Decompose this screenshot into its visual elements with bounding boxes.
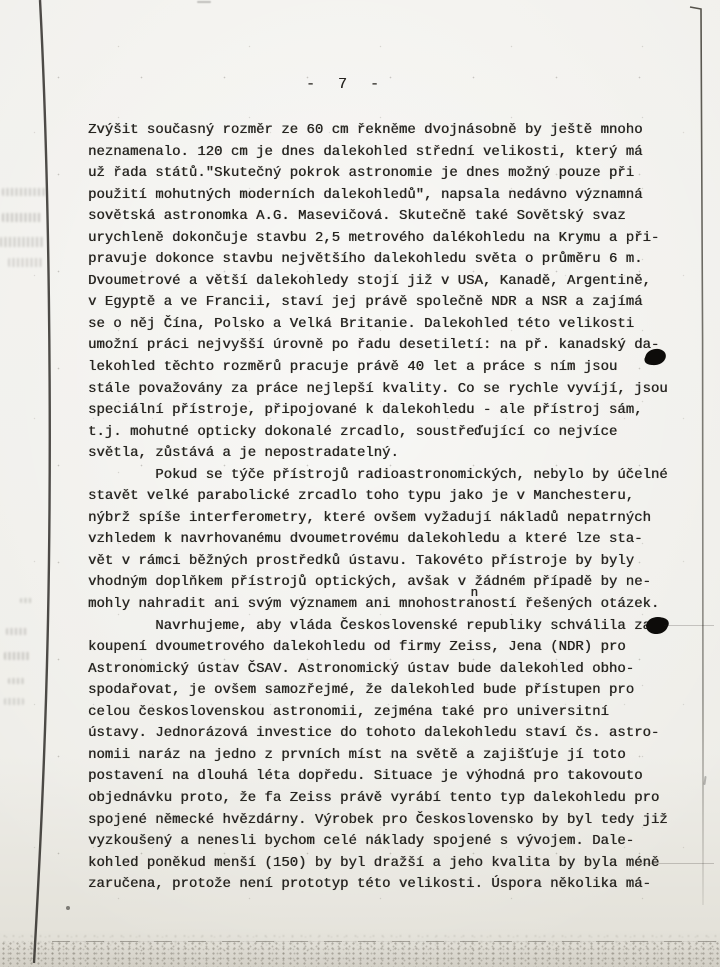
text-line: zaručena, protože není prototyp této vel… (88, 874, 668, 896)
bleed-through-mark (0, 237, 44, 247)
text-line: spojené německé hvězdárny. Výrobek pro Č… (88, 810, 668, 832)
ink-speck (703, 776, 706, 785)
text-line: nomii naráz na jedno z prvních míst na s… (88, 745, 668, 767)
text-line: mohly nahradit ani svým významem ani mno… (88, 594, 668, 616)
text-line: speciální přístroje, připojované k dalek… (88, 400, 668, 422)
text-line: světla, zůstává a je nepostradatelný. (88, 443, 668, 465)
scan-artifact-line (638, 863, 714, 864)
text-line: pravuje dokonce stavbu největšího daleko… (88, 249, 668, 271)
text-line: celou československou astronomii, zejmén… (88, 702, 668, 724)
text-line: Zvýšit současný rozměr ze 60 cm řekněme … (88, 120, 668, 142)
bleed-through-mark (4, 698, 24, 705)
text-line: vět v rámci běžných prostředků ústavu. T… (88, 551, 668, 573)
text-line: vzhledem k navrhovanému dvoumetrovému da… (88, 529, 668, 551)
text-segment: ností řešených otázek. (474, 596, 659, 612)
text-block: Zvýšit současný rozměr ze 60 cm řekněme … (88, 120, 668, 896)
bleed-through-mark (8, 258, 42, 267)
bleed-through-mark (6, 628, 28, 635)
text-line: už řada států."Skutečný pokrok astronomi… (88, 163, 668, 185)
text-line: Navrhujeme, aby vláda Československé rep… (88, 616, 668, 638)
text-line: spodařovat, je ovšem samozřejmé, že dale… (88, 680, 668, 702)
bleed-through-mark (20, 598, 32, 603)
left-fold-line (34, 0, 50, 963)
text-line: postavení na dlouhá léta dopředu. Situac… (88, 766, 668, 788)
text-line: nýbrž spíše interferometry, které ovšem … (88, 508, 668, 530)
text-line: Dvoumetrové a větší dalekohledy stojí ji… (88, 271, 668, 293)
text-line: vhodným doplňkem přístrojů optických, av… (88, 572, 668, 594)
text-line: stavět velké parabolické zrcadlo toho ty… (88, 486, 668, 508)
text-line: vyzkoušený a nenesli bychom celé náklady… (88, 831, 668, 853)
text-line: Pokud se týče přístrojů radioastronomick… (88, 465, 668, 487)
right-fold-line (690, 7, 703, 905)
text-line: umožní práci nejvyšší úrovně po řadu des… (88, 335, 668, 357)
text-line: urychleně dokončuje stavbu 2,5 metrového… (88, 228, 668, 250)
text-line: sovětská astronomka A.G. Masevičová. Sku… (88, 206, 668, 228)
text-line: použití mohutných moderních dalekohledů"… (88, 185, 668, 207)
text-line: stále považovány za práce nejlepší kvali… (88, 379, 668, 401)
text-line: lekohled těchto rozměrů pracuje právě 40… (88, 357, 668, 379)
paper-grain (0, 941, 720, 967)
bleed-through-mark (2, 188, 46, 196)
ink-speck (66, 906, 70, 910)
ink-speck (197, 1, 211, 3)
page-number: - 7 - (0, 76, 706, 93)
text-line: Astronomický ústav ČSAV. Astronomický ús… (88, 659, 668, 681)
text-line: v Egyptě a ve Francii, staví jej právě s… (88, 292, 668, 314)
text-line: ústavy. Jednorázová investice do tohoto … (88, 723, 668, 745)
text-line: t.j. mohutné opticky dokonalé zrcadlo, s… (88, 422, 668, 444)
text-line: objednávku proto, že fa Zeiss právě vyrá… (88, 788, 668, 810)
scanned-document-page: - 7 - Zvýšit současný rozměr ze 60 cm ře… (0, 0, 720, 967)
text-line: koupení dvoumetrového dalekohledu od fir… (88, 637, 668, 659)
bleed-through-mark (8, 678, 26, 684)
bleed-through-mark (2, 213, 42, 222)
bleed-through-mark (4, 652, 30, 660)
text-line: kohled poněkud menší (150) by byl dražší… (88, 853, 668, 875)
text-line: se o něj Čína, Polsko a Velká Britanie. … (88, 314, 668, 336)
text-segment: mohly nahradit ani svým významem ani mno… (88, 596, 474, 612)
text-line: neznamenalo. 120 cm je dnes dalekohled s… (88, 142, 668, 164)
scan-artifact-line (664, 625, 714, 626)
